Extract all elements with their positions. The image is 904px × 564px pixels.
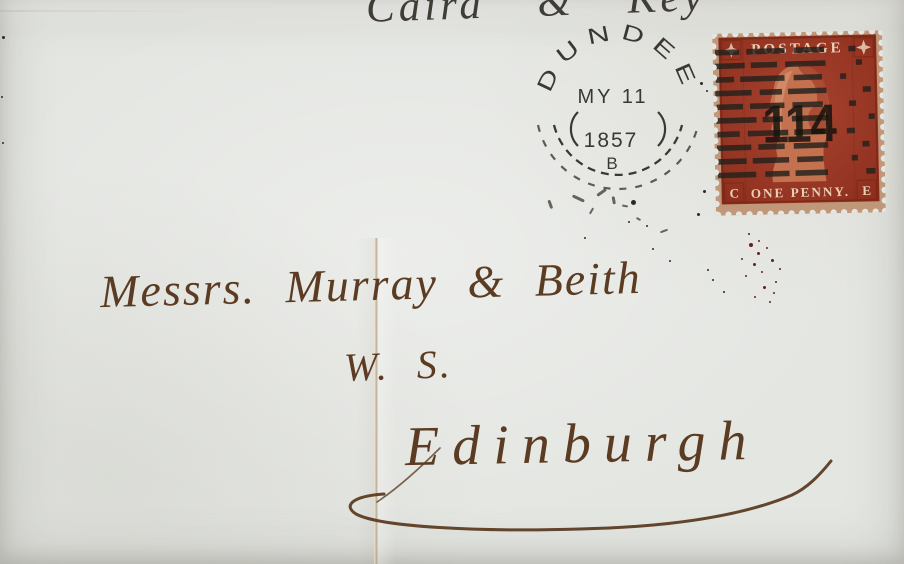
postmark-town-text: DUNDEE [532, 19, 705, 97]
spatter-dot [775, 281, 777, 283]
penny-red-stamp: POSTAGE ONE PENNY. C E [712, 30, 886, 216]
spatter-dot [766, 247, 768, 249]
address-line-city: Edinburgh [404, 409, 760, 479]
spatter-dot [697, 213, 700, 216]
fold-crease-left [0, 10, 210, 12]
spatter-dot [703, 190, 706, 193]
address-line-recipient: Messrs. Murray & Beith [99, 251, 642, 318]
spatter-dot [669, 260, 671, 262]
spatter-dot [758, 240, 760, 242]
stamp-corner-letter-E: E [862, 183, 871, 198]
spatter-dot [628, 221, 630, 223]
spatter-dot [754, 296, 756, 298]
spatter-dot [652, 248, 654, 250]
spatter-dot [707, 269, 709, 271]
stamp-corner-letter-C: C [729, 186, 739, 201]
photo-of-postal-cover: Caird & Key DUNDEE MY 11 1857 B [0, 0, 904, 564]
spatter-dot [706, 90, 708, 92]
spatter-dot [779, 268, 781, 270]
postmark-date-text: MY 11 [578, 86, 649, 108]
spatter-dot [723, 291, 725, 293]
spatter-dot [763, 286, 766, 289]
spatter-dot [712, 279, 714, 281]
spatter-dot [584, 237, 586, 239]
cancel-numeral-114: 114 [762, 93, 838, 155]
spatter-dot [646, 225, 648, 227]
spatter-dot [761, 271, 763, 273]
address-line-ws: W. S. [343, 340, 453, 391]
spatter-dot [741, 258, 743, 260]
spatter-dot [749, 243, 753, 247]
postmark-code-text: B [606, 154, 617, 173]
postmark-inner-arc-right [658, 112, 665, 146]
postmark-year-text: 1857 [584, 129, 639, 152]
spatter-dot [2, 142, 4, 144]
spatter-dot [1, 96, 3, 98]
spatter-dot [631, 200, 636, 205]
spatter-dot [771, 259, 774, 262]
spatter-dot [753, 263, 756, 266]
spatter-dot [745, 275, 747, 277]
stamp-one-penny-label: ONE PENNY. [751, 184, 851, 201]
postmark-inner-arc-left [571, 112, 578, 146]
spatter-dot [773, 292, 775, 294]
spatter-dot [2, 36, 5, 39]
spatter-dot [700, 82, 703, 85]
spatter-dot [748, 233, 750, 235]
spatter-dot [769, 301, 771, 303]
spatter-dot [757, 252, 760, 255]
